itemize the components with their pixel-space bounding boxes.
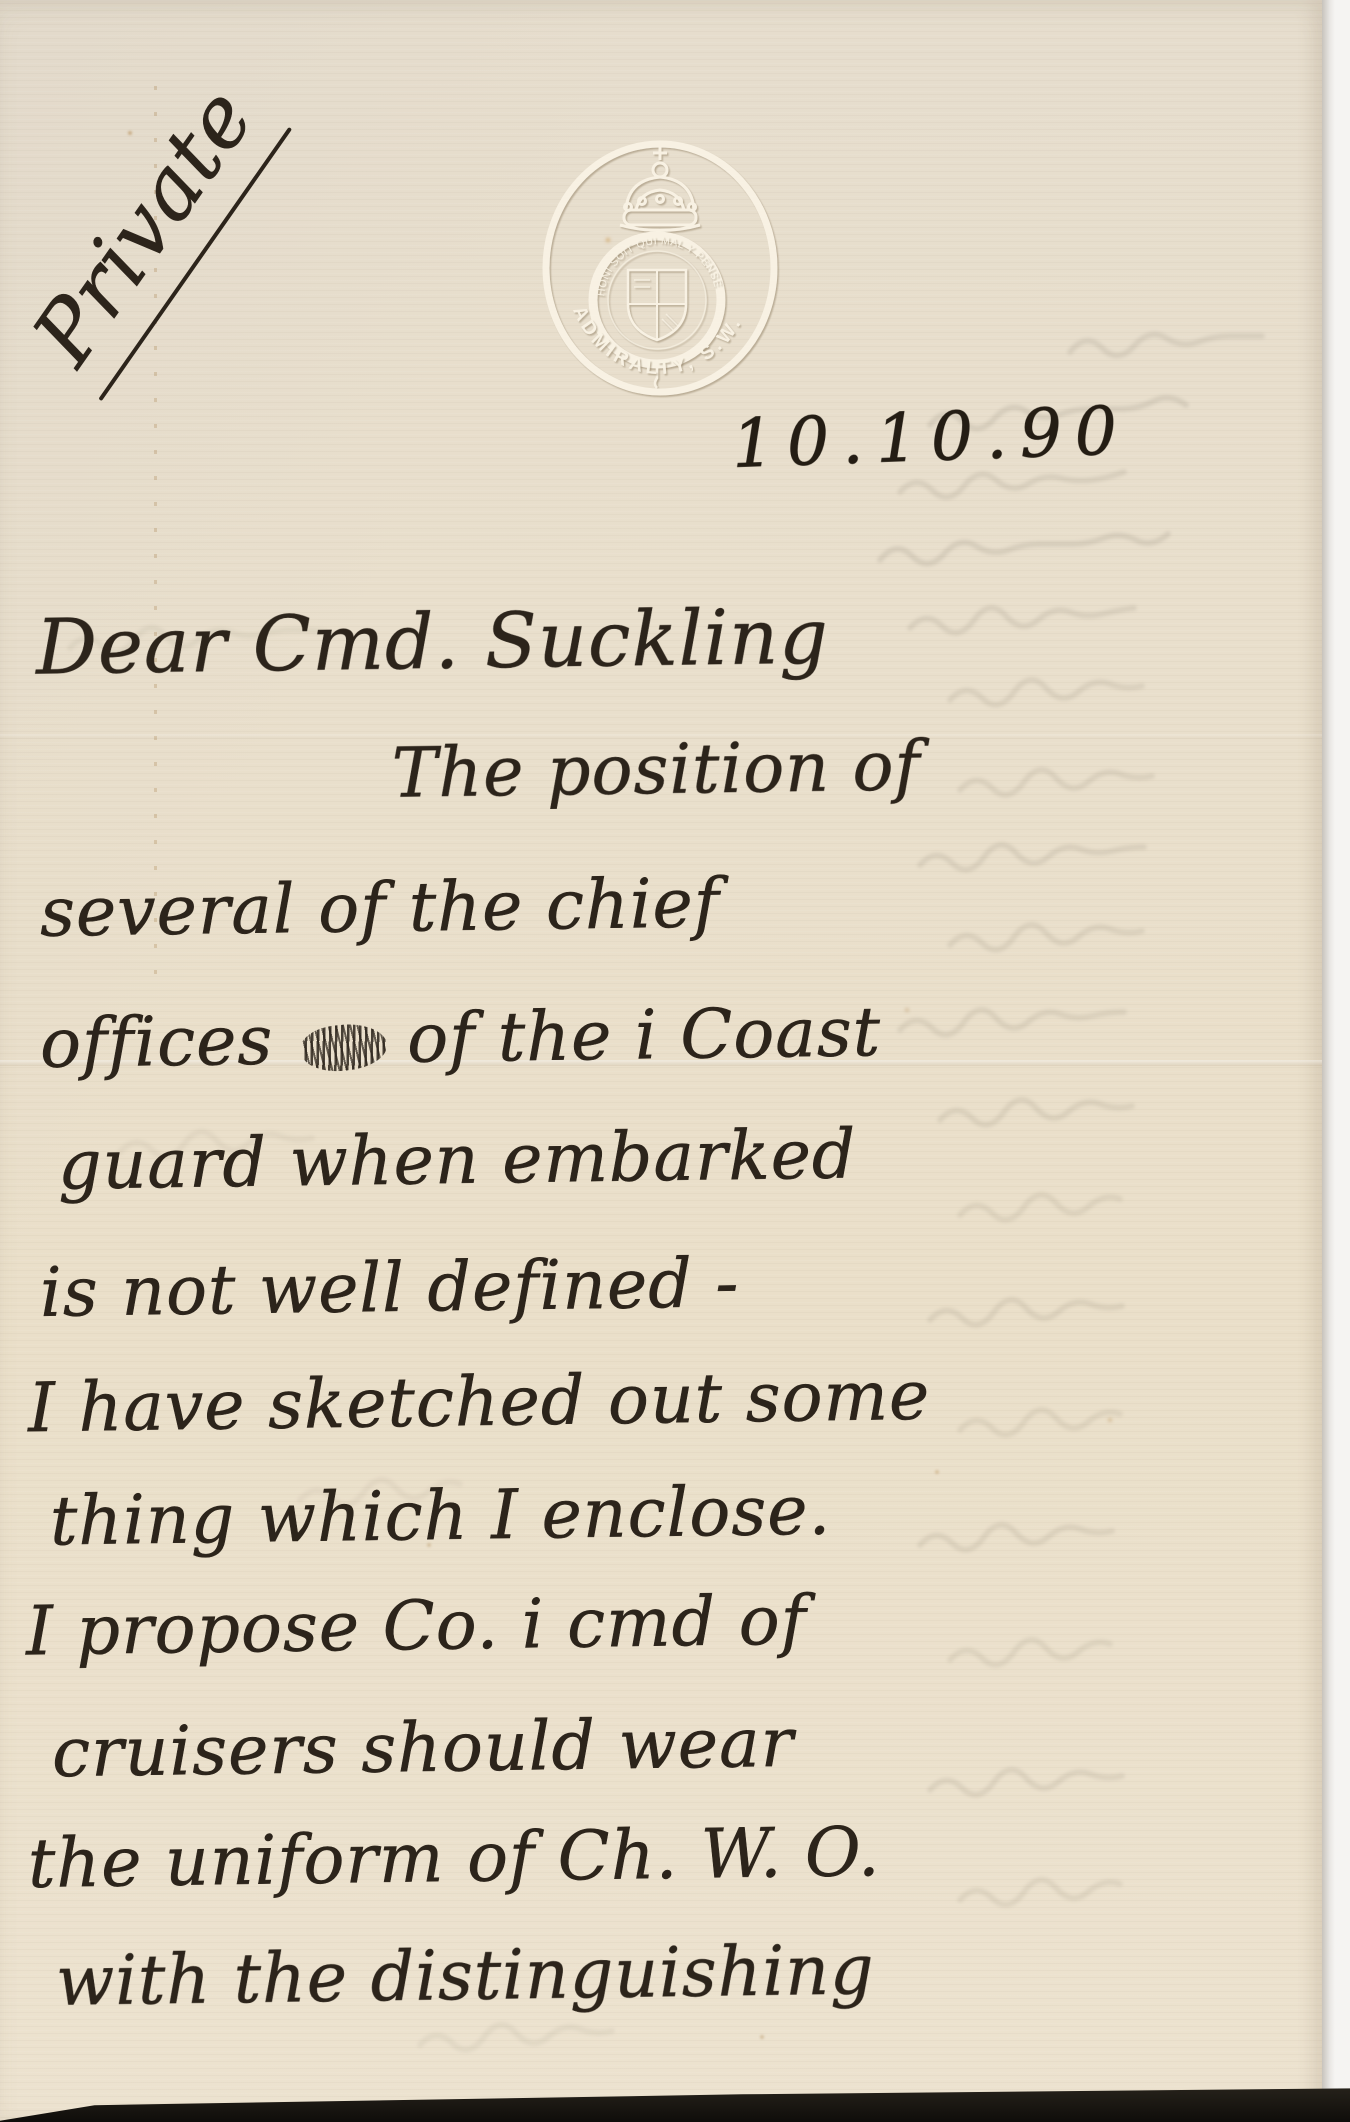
- letter-line-4-start: offices: [39, 1002, 273, 1084]
- letter-line-10: cruisers should wear: [52, 1707, 795, 1792]
- scanned-letter: { "document": { "annotation": "Private",…: [0, 0, 1350, 2122]
- letter-line-4: officesof the i Coast: [40, 996, 882, 1083]
- seal-crest-artwork: [546, 144, 774, 392]
- letter-line-5: guard when embarked: [58, 1118, 857, 1204]
- scanner-background: [1322, 0, 1350, 2122]
- letter-line-8: thing which I enclose.: [50, 1475, 832, 1561]
- letter-line-6: is not well defined -: [40, 1247, 740, 1332]
- letter-line-9: I propose Co. i cmd of: [26, 1585, 808, 1671]
- admiralty-embossed-seal: ADMIRALTY, S.W. HONI SOIT QUI MAL Y PENS…: [500, 118, 822, 418]
- ink-scribble: [299, 1020, 389, 1074]
- letter-date: 10.10.90: [731, 395, 1131, 481]
- letter-line-11: the uniform of Ch. W. O.: [28, 1816, 881, 1903]
- letter-line-4-end: of the i Coast: [407, 993, 882, 1079]
- salutation-line: Dear Cmd. Suckling: [35, 594, 829, 689]
- letter-line-12: with the distinguishing: [56, 1934, 876, 2020]
- foxing-specks: [0, 0, 4, 4]
- letter-line-7: I have sketched out some: [28, 1360, 931, 1447]
- letter-line-2: The position of: [392, 730, 922, 812]
- letter-line-3: several of the chief: [40, 867, 721, 951]
